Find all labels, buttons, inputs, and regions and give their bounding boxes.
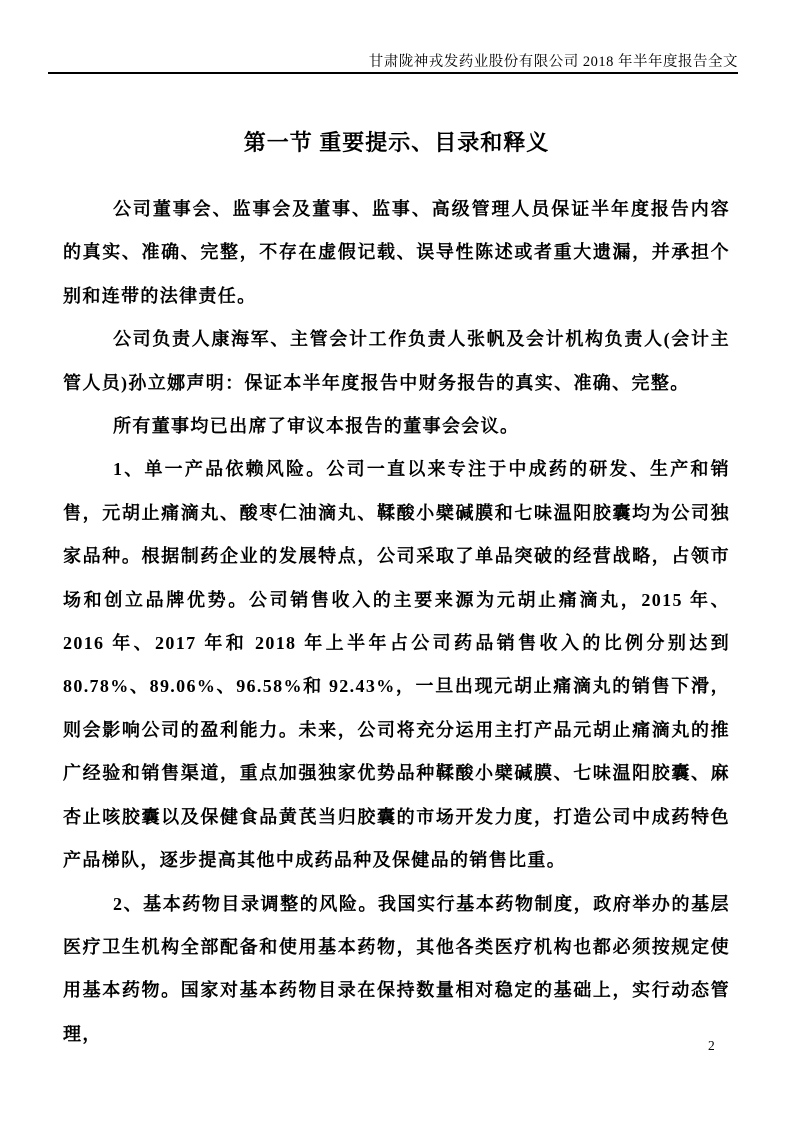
paragraph-board-attendance: 所有董事均已出席了审议本报告的董事会会议。 xyxy=(63,405,730,448)
paragraph-risk-single-product: 1、单一产品依赖风险。公司一直以来专注于中成药的研发、生产和销售，元胡止痛滴丸、… xyxy=(63,448,730,882)
report-page: 甘肃陇神戎发药业股份有限公司 2018 年半年度报告全文 第一节 重要提示、目录… xyxy=(0,0,793,1122)
header-divider xyxy=(48,72,738,74)
section-title: 第一节 重要提示、目录和释义 xyxy=(0,126,793,157)
paragraph-responsible-persons-statement: 公司负责人康海军、主管会计工作负责人张帆及会计机构负责人(会计主管人员)孙立娜声… xyxy=(63,318,730,405)
paragraph-risk-essential-drug-list: 2、基本药物目录调整的风险。我国实行基本药物制度，政府举办的基层医疗卫生机构全部… xyxy=(63,883,730,1057)
paragraph-board-guarantee: 公司董事会、监事会及董事、监事、高级管理人员保证半年度报告内容的真实、准确、完整… xyxy=(63,188,730,318)
page-header-text: 甘肃陇神戎发药业股份有限公司 2018 年半年度报告全文 xyxy=(48,50,738,71)
page-number: 2 xyxy=(708,1038,715,1054)
document-body: 公司董事会、监事会及董事、监事、高级管理人员保证半年度报告内容的真实、准确、完整… xyxy=(63,188,730,1056)
